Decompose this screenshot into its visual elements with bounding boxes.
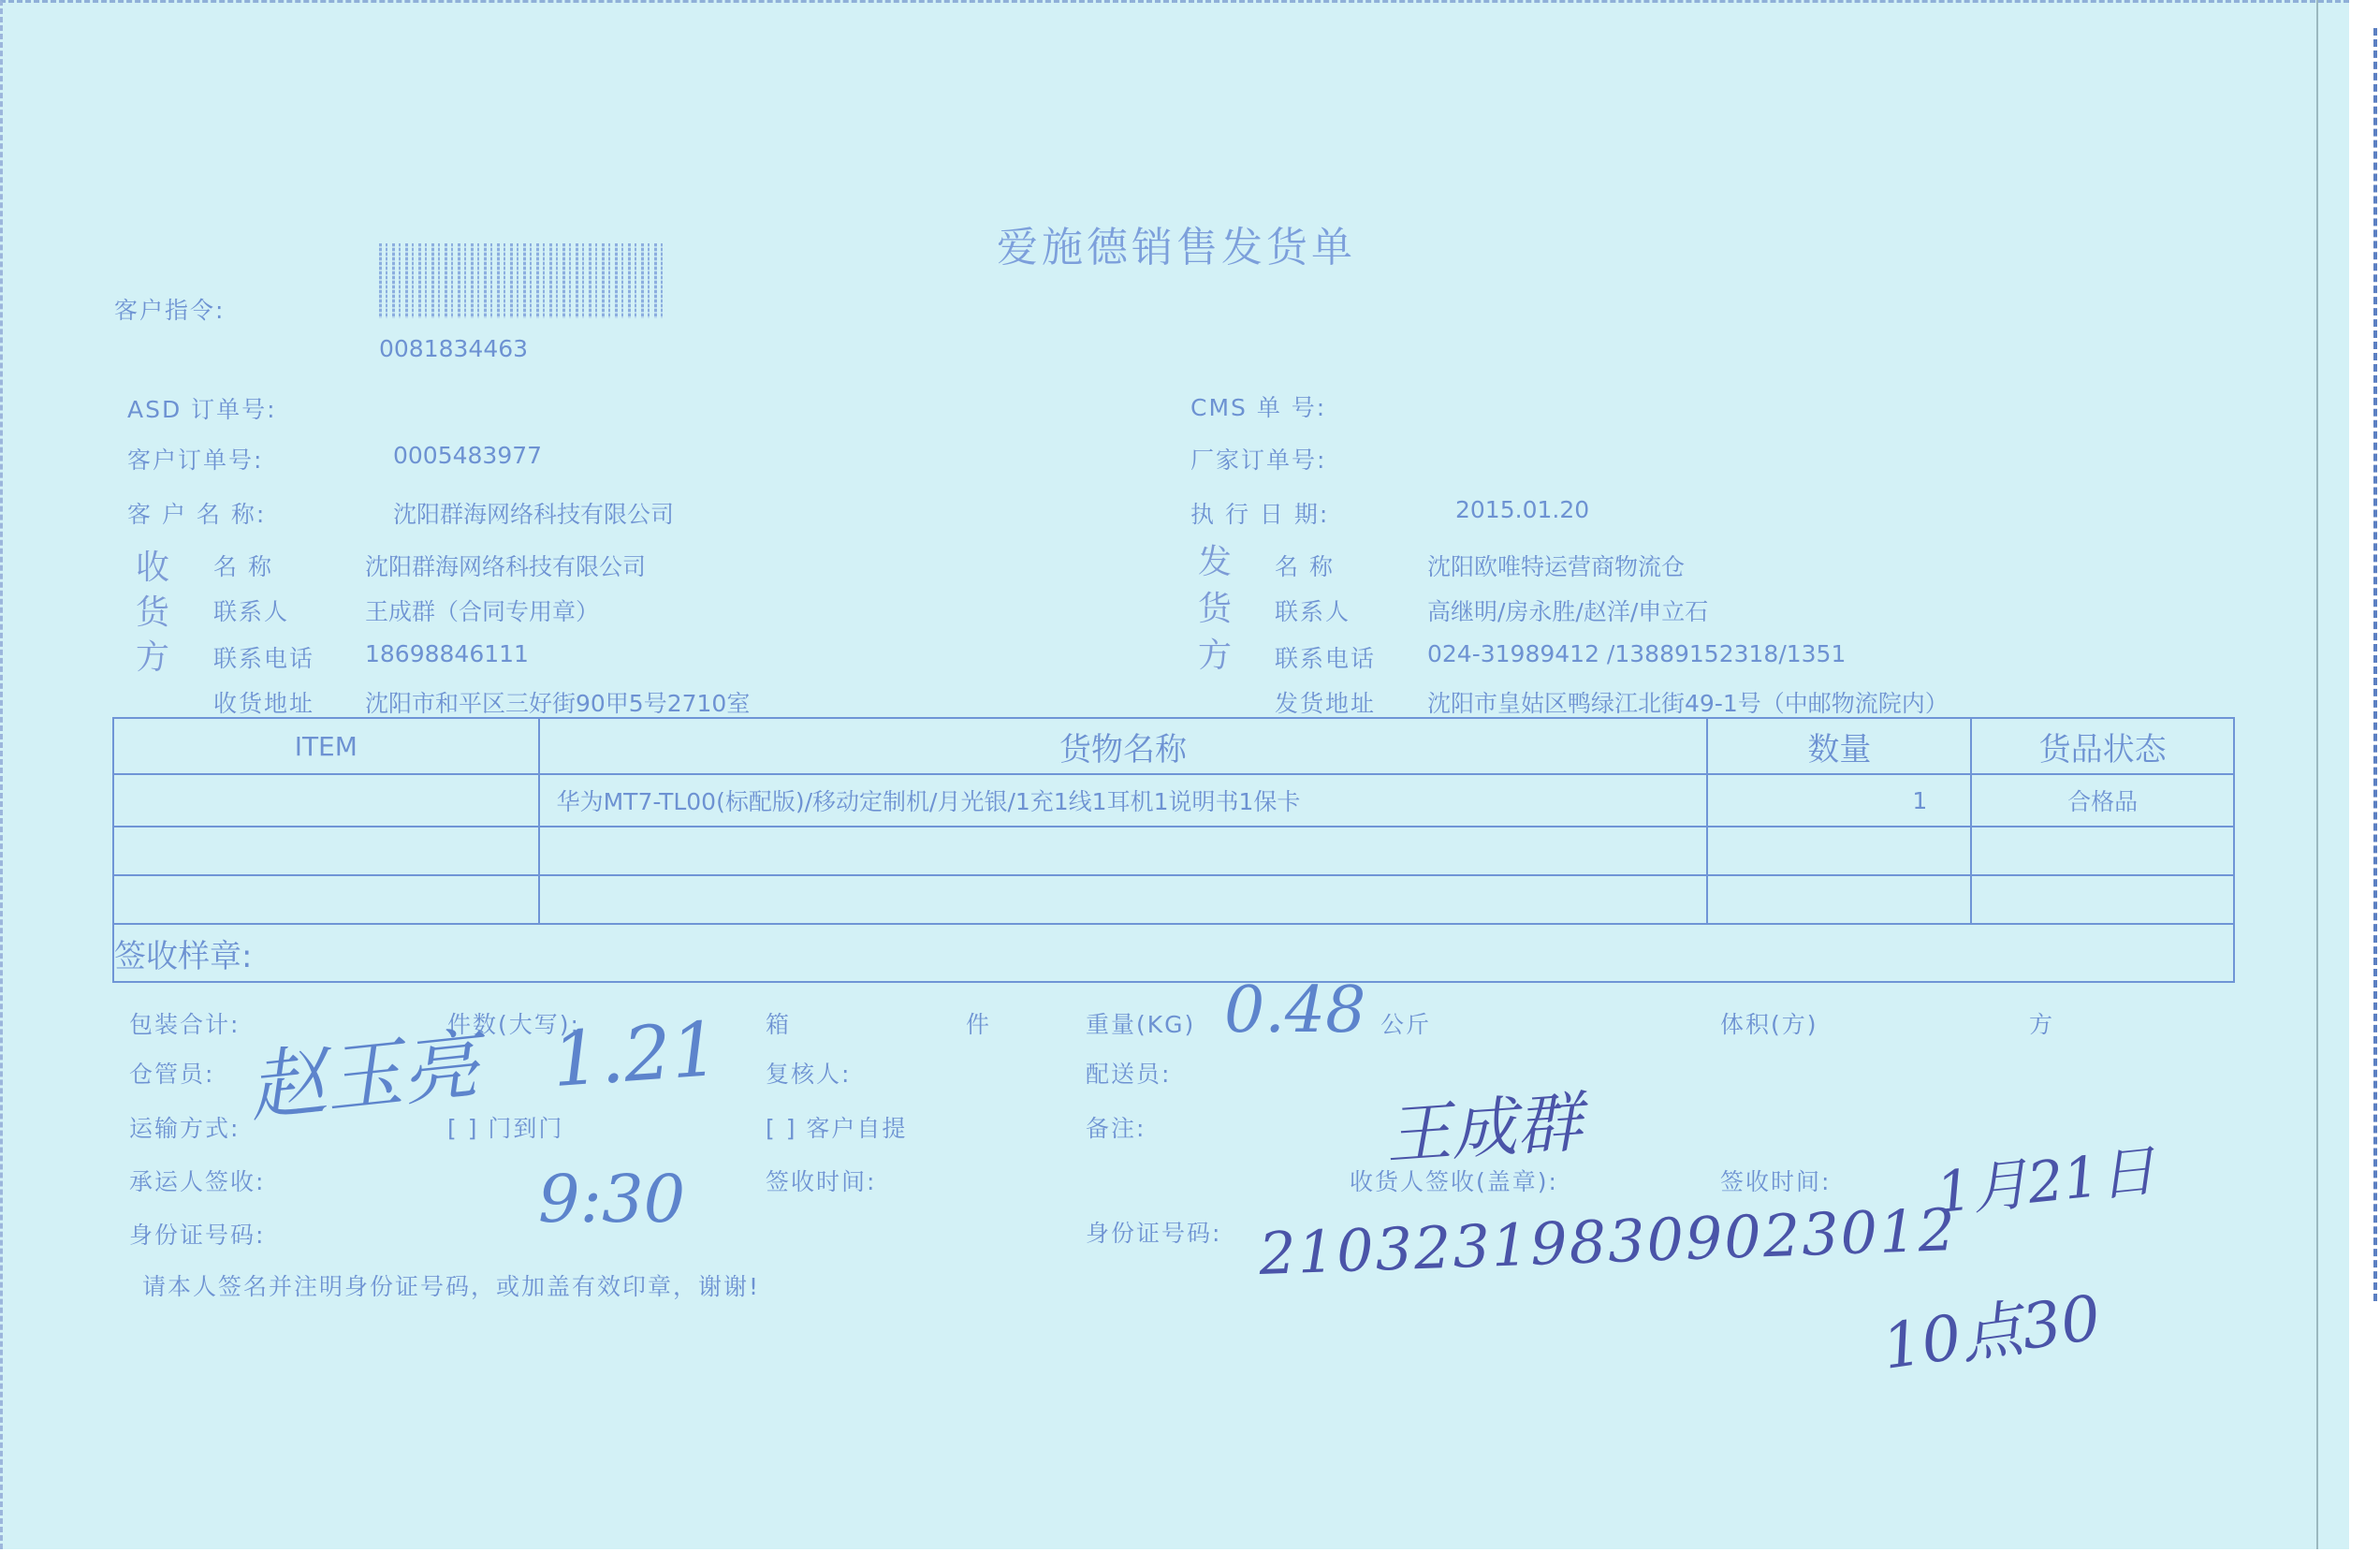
receiver-side-char-3: 方: [136, 631, 169, 679]
header-status: 货品状态: [1971, 718, 2234, 774]
cell-goods-name: [539, 827, 1708, 875]
receiver-address-label: 收货地址: [213, 685, 314, 719]
carrier-sign-label: 承运人签收:: [129, 1164, 265, 1197]
shipper-contact-label: 联系人: [1275, 593, 1351, 627]
table-row: [113, 827, 2234, 875]
customer-order-value: 0005483977: [393, 442, 542, 469]
header-goods-name: 货物名称: [539, 718, 1708, 774]
barcode: [379, 243, 664, 318]
perforation-line: [2316, 0, 2318, 1549]
receiver-id-label: 身份证号码:: [1086, 1215, 1221, 1249]
carrier-sign-time-label: 签收时间:: [766, 1164, 876, 1197]
receiver-name-label: 名 称: [213, 549, 273, 582]
tractor-feed-edge: [2373, 28, 2380, 1301]
customer-name-label: 客 户 名 称:: [127, 496, 266, 530]
customer-instruction-label: 客户指令:: [114, 292, 225, 326]
cell-item: [113, 774, 539, 827]
shipper-side-char-1: 发: [1198, 535, 1232, 583]
remarks-label: 备注:: [1086, 1110, 1146, 1144]
piece-label: 件: [966, 1006, 991, 1040]
cell-quantity: 1: [1707, 774, 1971, 827]
shipper-side-char-2: 货: [1198, 582, 1232, 630]
carrier-id-label: 身份证号码:: [129, 1217, 265, 1251]
weight-label: 重量(KG): [1086, 1006, 1195, 1040]
signature-sample-label: 签收样章:: [113, 924, 2234, 982]
receiver-contact-value: 王成群（合同专用章）: [365, 593, 599, 627]
box-label: 箱: [766, 1006, 791, 1040]
header-item: ITEM: [113, 718, 539, 774]
exec-date-label: 执 行 日 期:: [1190, 496, 1329, 530]
warehouse-date-handwriting: 1.21: [549, 1005, 722, 1104]
package-total-label: 包装合计:: [129, 1006, 240, 1040]
customer-order-label: 客户订单号:: [127, 442, 263, 476]
receiver-side-char-1: 收: [136, 541, 169, 589]
document-title: 爱施德销售发货单: [997, 213, 1356, 273]
cell-item: [113, 827, 539, 875]
carrier-time-handwriting: 9:30: [538, 1161, 685, 1237]
warehouse-keeper-label: 仓管员:: [129, 1056, 214, 1090]
receiver-phone-value: 18698846111: [365, 640, 529, 667]
header-quantity: 数量: [1707, 718, 1971, 774]
signature-sample-row: 签收样章:: [113, 924, 2234, 982]
cell-quantity: [1707, 827, 1971, 875]
cell-quantity: [1707, 875, 1971, 924]
reviewer-label: 复核人:: [766, 1056, 851, 1090]
receiver-address-value: 沈阳市和平区三好街90甲5号2710室: [365, 685, 750, 719]
factory-order-label: 厂家订单号:: [1190, 442, 1326, 476]
receiver-side-char-2: 货: [136, 586, 169, 634]
shipper-address-label: 发货地址: [1275, 685, 1376, 719]
transport-label: 运输方式:: [129, 1110, 240, 1144]
shipper-phone-value: 024-31989412 /13889152318/1351: [1427, 640, 1846, 667]
cell-status: [1971, 827, 2234, 875]
customer-instruction-number: 0081834463: [379, 335, 528, 362]
receiver-name-value: 沈阳群海网络科技有限公司: [365, 549, 646, 582]
receiver-signature-handwriting: 王成群: [1382, 1070, 1585, 1178]
exec-date-value: 2015.01.20: [1455, 496, 1589, 523]
cell-goods-name: 华为MT7-TL00(标配版)/移动定制机/月光银/1充1线1耳机1说明书1保卡: [539, 774, 1708, 827]
cell-status: [1971, 875, 2234, 924]
self-pickup-checkbox[interactable]: [ ] 客户自提: [766, 1110, 907, 1144]
cell-goods-name: [539, 875, 1708, 924]
shipper-phone-label: 联系电话: [1275, 640, 1376, 674]
customer-name-value: 沈阳群海网络科技有限公司: [393, 496, 674, 530]
cms-label: CMS 单 号:: [1190, 389, 1326, 423]
cell-item: [113, 875, 539, 924]
weight-value: 0.48: [1224, 974, 1365, 1047]
volume-label: 体积(方): [1720, 1006, 1818, 1040]
shipper-name-value: 沈阳欧唯特运营商物流仓: [1427, 549, 1685, 582]
shipper-name-label: 名 称: [1275, 549, 1335, 582]
receiver-sign-time-label: 签收时间:: [1720, 1164, 1831, 1197]
cell-status: 合格品: [1971, 774, 2234, 827]
signature-notice: 请本人签名并注明身份证号码，或加盖有效印章，谢谢!: [142, 1268, 760, 1302]
shipper-contact-value: 高继明/房永胜/赵洋/申立石: [1427, 593, 1708, 627]
receiver-contact-label: 联系人: [213, 593, 289, 627]
asd-order-label: ASD 订单号:: [127, 391, 277, 425]
items-table: ITEM 货物名称 数量 货品状态 华为MT7-TL00(标配版)/移动定制机/…: [112, 717, 2235, 983]
table-header-row: ITEM 货物名称 数量 货品状态: [113, 718, 2234, 774]
table-row: [113, 875, 2234, 924]
shipper-side-char-3: 方: [1198, 629, 1232, 677]
weight-unit: 公斤: [1380, 1006, 1431, 1040]
door-to-door-checkbox[interactable]: [ ] 门到门: [447, 1110, 563, 1144]
shipper-address-value: 沈阳市皇姑区鸭绿江北街49-1号（中邮物流院内）: [1427, 685, 1949, 719]
volume-unit: 方: [2029, 1006, 2054, 1040]
delivery-person-label: 配送员:: [1086, 1056, 1171, 1090]
receiver-phone-label: 联系电话: [213, 640, 314, 674]
table-row: 华为MT7-TL00(标配版)/移动定制机/月光银/1充1线1耳机1说明书1保卡…: [113, 774, 2234, 827]
